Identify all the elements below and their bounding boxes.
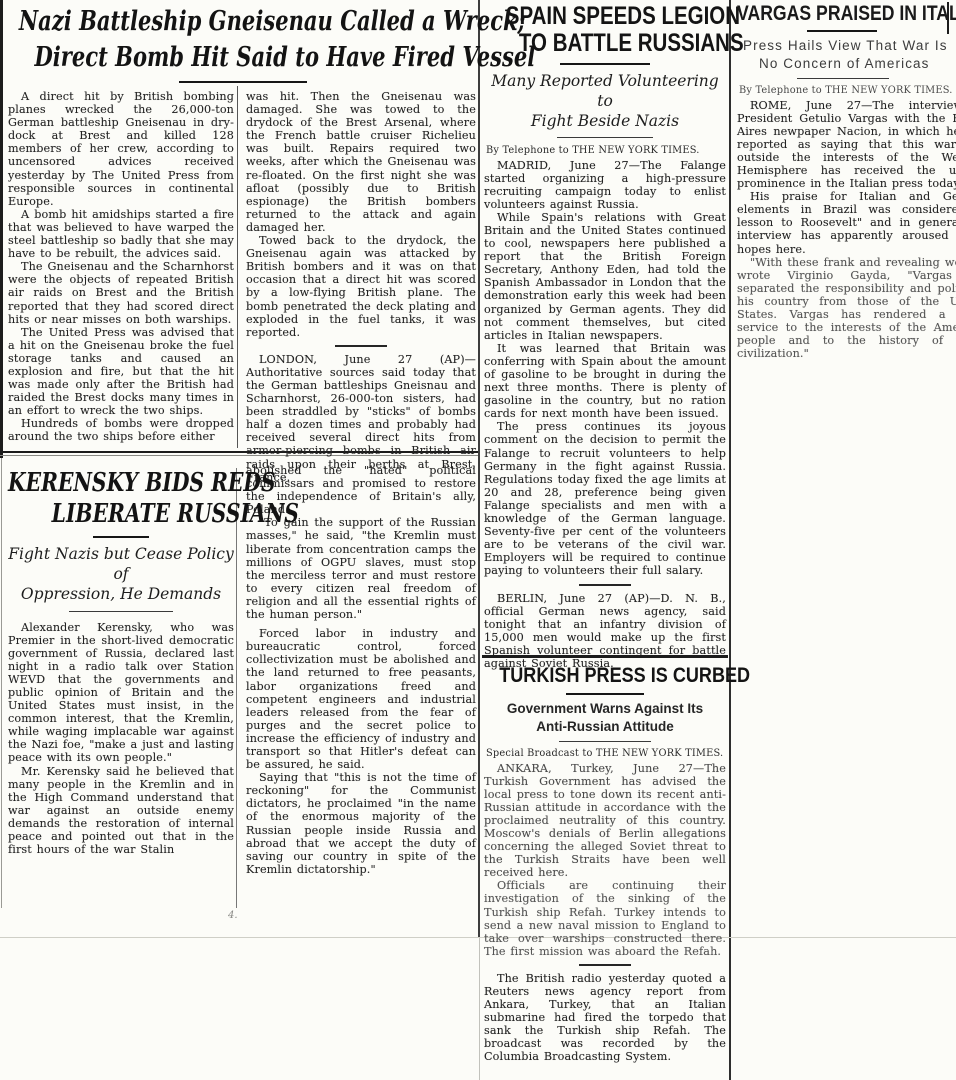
subhead-line2: Anti-Russian Attitude — [482, 718, 728, 736]
headline-line1: Nazi Battleship Gneisenau Called a Wreck… — [8, 4, 375, 40]
paragraph: A direct hit by British bombing planes w… — [8, 90, 234, 208]
paragraph: Mr. Kerensky said he believed that many … — [8, 765, 234, 857]
paragraph: Forced labor in industry and bureaucrati… — [246, 627, 476, 771]
gneisenau-column-2: was hit. Then the Gneisenau was damaged.… — [246, 90, 476, 484]
paragraph: Alexander Kerensky, who was Premier in t… — [8, 621, 234, 765]
headline-line2: LIBERATE RUSSIANS — [8, 499, 184, 530]
article-turkish: TURKISH PRESS IS CURBED Government Warns… — [482, 655, 728, 1064]
subhead-line2: Oppression, He Demands — [8, 584, 234, 604]
paragraph: The British radio yesterday quoted a Reu… — [484, 972, 726, 1064]
paragraph: Towed back to the drydock, the Gneisenau… — [246, 234, 476, 339]
subhead-line1: Many Reported Volunteering to — [484, 71, 726, 111]
left-middle-divider-faint — [479, 938, 480, 1080]
headline-underline — [566, 693, 644, 695]
article-headline: SPAIN SPEEDS LEGION TO BATTLE RUSSIANS — [484, 3, 726, 57]
article-spain: SPAIN SPEEDS LEGION TO BATTLE RUSSIANS M… — [484, 3, 726, 670]
paragraph-separator — [579, 584, 631, 586]
article-gneisenau: Nazi Battleship Gneisenau Called a Wreck… — [8, 4, 478, 484]
paragraph-separator — [579, 964, 631, 966]
headline-line2: TO BATTLE RUSSIANS — [506, 30, 704, 57]
paragraph: "With these frank and revealing words," … — [737, 256, 956, 361]
dateline-paragraph: ANKARA, Turkey, June 27—The Turkish Gove… — [484, 762, 726, 880]
vargas-body: ROME, June 27—The interview of President… — [737, 99, 956, 361]
byline: By Telephone to THE NEW YORK TIMES. — [486, 144, 726, 157]
subhead-line2: Fight Beside Nazis — [484, 111, 726, 131]
left-edge-rule-lower — [1, 458, 2, 908]
article-vargas: VARGAS PRAISED IN ITALY Press Hails View… — [737, 2, 956, 360]
spain-body: MADRID, June 27—The Falange started orga… — [484, 159, 726, 671]
pencil-mark: 4. — [228, 910, 238, 921]
dateline-paragraph: MADRID, June 27—The Falange started orga… — [484, 159, 726, 211]
subhead-line1: Government Warns Against Its — [482, 700, 728, 718]
article-subhead: Press Hails View That War Is No Concern … — [737, 37, 956, 73]
paragraph: Saying that "this is not the time of rec… — [246, 771, 476, 876]
paragraph: The United Press was advised that a hit … — [8, 326, 234, 418]
gneisenau-column-1: A direct hit by British bombing planes w… — [8, 90, 234, 484]
article-kerensky: KERENSKY BIDS REDS LIBERATE RUSSIANS Fig… — [8, 464, 478, 876]
newspaper-page: Nazi Battleship Gneisenau Called a Wreck… — [0, 0, 956, 1080]
paragraph: While Spain's relations with Great Brita… — [484, 211, 726, 342]
turkish-top-rule — [482, 655, 728, 658]
headline-line1: TURKISH PRESS IS CURBED — [499, 664, 711, 688]
paragraph: Hundreds of bombs were dropped around th… — [8, 417, 234, 443]
article-headline: VARGAS PRAISED IN ITALY — [737, 2, 956, 26]
headline-line1: SPAIN SPEEDS LEGION — [506, 3, 704, 30]
subhead-line1: Fight Nazis but Cease Policy of — [8, 544, 234, 584]
paragraph: His praise for Italian and German elemen… — [737, 190, 956, 255]
article-subhead: Government Warns Against Its Anti-Russia… — [482, 700, 728, 736]
kerensky-column-1: KERENSKY BIDS REDS LIBERATE RUSSIANS Fig… — [8, 464, 234, 876]
turkish-body: ANKARA, Turkey, June 27—The Turkish Gove… — [482, 762, 728, 1064]
paragraph: It was learned that Britain was conferri… — [484, 342, 726, 421]
byline: By Telephone to THE NEW YORK TIMES. — [739, 84, 956, 97]
headline-line1: KERENSKY BIDS REDS — [8, 468, 184, 499]
left-middle-divider-rule — [478, 0, 480, 938]
headline-underline — [179, 81, 307, 83]
headline-line2: Direct Bomb Hit Said to Have Fired Vesse… — [8, 40, 375, 76]
left-edge-rule — [0, 0, 3, 458]
article-subhead: Many Reported Volunteering to Fight Besi… — [484, 71, 726, 131]
paragraph: A bomb hit amidships started a fire that… — [8, 208, 234, 260]
subhead-underline — [557, 137, 653, 138]
middle-right-divider-rule — [729, 0, 731, 1080]
headline-underline — [560, 63, 650, 65]
paragraph: was hit. Then the Gneisenau was damaged.… — [246, 90, 476, 234]
bottom-faint-line — [0, 937, 956, 938]
dateline-paragraph: ROME, June 27—The interview of President… — [737, 99, 956, 191]
subhead-line2: No Concern of Americas — [737, 55, 956, 73]
paragraph: Officials are continuing their investiga… — [484, 879, 726, 958]
byline: Special Broadcast to THE NEW YORK TIMES. — [486, 747, 728, 760]
paragraph: The Gneisenau and the Scharnhorst were t… — [8, 260, 234, 325]
headline-underline — [93, 536, 149, 538]
headline-line1: VARGAS PRAISED IN ITALY — [737, 2, 949, 26]
article-headline: TURKISH PRESS IS CURBED — [482, 664, 728, 688]
subhead-underline — [797, 78, 889, 79]
paragraph: "To gain the support of the Russian mass… — [246, 516, 476, 621]
article-headline: KERENSKY BIDS REDS LIBERATE RUSSIANS — [8, 468, 234, 530]
article-subhead: Fight Nazis but Cease Policy of Oppressi… — [8, 544, 234, 604]
subhead-underline — [69, 611, 173, 612]
subhead-underline — [559, 741, 651, 742]
paragraph: The press continues its joyous comment o… — [484, 420, 726, 577]
paragraph-separator — [335, 345, 387, 347]
subhead-line1: Press Hails View That War Is — [737, 37, 956, 55]
headline-underline — [807, 30, 877, 32]
article-headline: Nazi Battleship Gneisenau Called a Wreck… — [8, 4, 478, 76]
